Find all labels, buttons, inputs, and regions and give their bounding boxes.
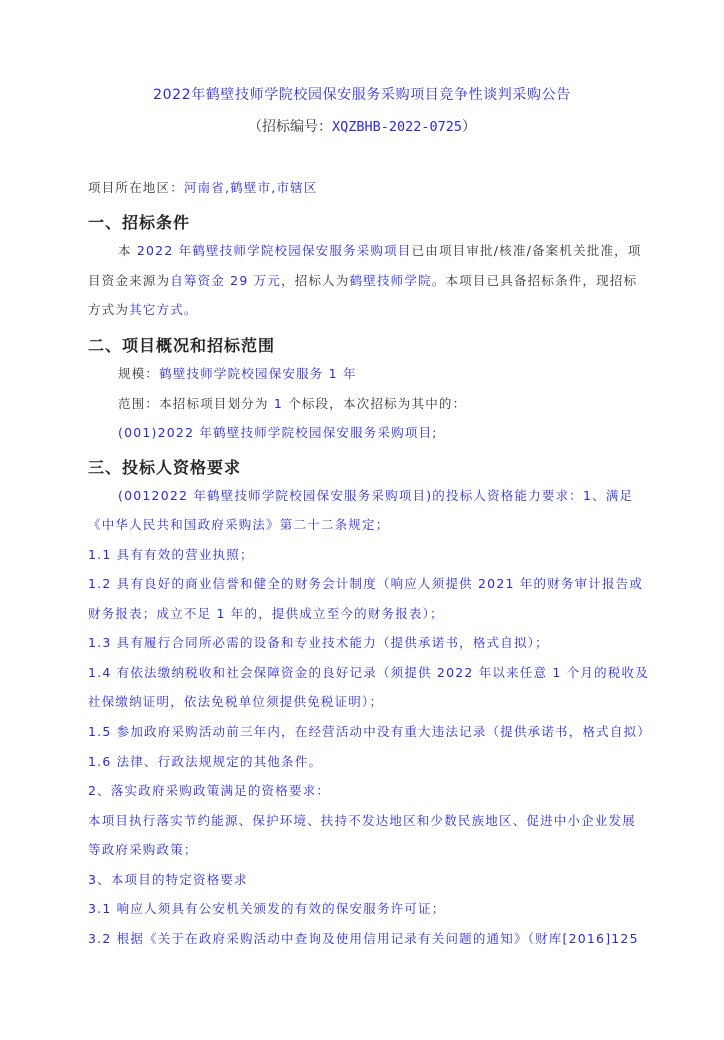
requirement-line: 1.6 法律、行政法规规定的其他条件。 xyxy=(88,754,322,770)
document-title: 2022年鹤壁技师学院校园保安服务采购项目竞争性谈判采购公告 xyxy=(0,84,724,104)
requirement-line: 1.5 参加政府采购活动前三年内，在经营活动中没有重大违法记录（提供承诺书，格式… xyxy=(88,724,651,740)
scale-value: 鹤壁技师学院校园保安服务 1 年 xyxy=(159,366,357,381)
section-1-line-3: 方式为其它方式。 xyxy=(88,302,198,318)
location-value: 河南省,鹤壁市,市辖区 xyxy=(184,180,318,195)
lot-line: (001)2022 年鹤壁技师学院校园保安服务采购项目; xyxy=(118,425,438,441)
requirement-line: 财务报表；成立不足 1 年的，提供成立至今的财务报表）； xyxy=(88,606,444,622)
text-fragment: 已由项目审批/核准/备案机关批准，项 xyxy=(412,243,642,258)
text-fragment: 。本项目已具备招标条件，现招标 xyxy=(432,273,638,288)
lot-count: 1 xyxy=(274,396,283,411)
requirement-line: (0012022 年鹤壁技师学院校园保安服务采购项目)的投标人资格能力要求：1、… xyxy=(118,488,633,504)
requirement-line: 《中华人民共和国政府采购法》第二十二条规定； xyxy=(88,517,389,533)
requirement-line: 3.2 根据《关于在政府采购活动中查询及使用信用记录有关问题的通知》（财库[20… xyxy=(88,931,639,947)
location-label: 项目所在地区： xyxy=(88,180,184,195)
text-fragment: 个标段，本次招标为其中的： xyxy=(283,396,466,411)
requirement-line: 1.3 具有履行合同所必需的设备和专业技术能力（提供承诺书，格式自拟）； xyxy=(88,635,549,651)
section-3-heading: 三、投标人资格要求 xyxy=(88,455,241,478)
tender-method: 其它方式 xyxy=(129,302,184,317)
subtitle-prefix: （招标编号： xyxy=(248,119,332,135)
requirement-line: 等政府采购政策； xyxy=(88,842,198,858)
document-subtitle: （招标编号：XQZBHB-2022-0725） xyxy=(0,116,724,136)
project-location: 项目所在地区：河南省,鹤壁市,市辖区 xyxy=(88,180,318,196)
bid-number: XQZBHB-2022-0725 xyxy=(332,119,462,135)
section-2-heading: 二、项目概况和招标范围 xyxy=(88,333,275,356)
requirement-line: 社保缴纳证明，依法免税单位须提供免税证明）； xyxy=(88,694,383,710)
text-fragment: 范围：本招标项目划分为 xyxy=(118,396,274,411)
scale-label: 规模： xyxy=(118,366,159,381)
requirement-line: 1.4 有依法缴纳税收和社会保障资金的良好记录（须提供 2022 年以来任意 1… xyxy=(88,665,649,681)
text-fragment: 。 xyxy=(184,302,198,317)
requirement-line: 3.1 响应人须具有公安机关颁发的有效的保安服务许可证； xyxy=(88,901,445,917)
subtitle-suffix: ） xyxy=(462,119,476,135)
requirement-line: 本项目执行落实节约能源、保护环境、扶持不发达地区和少数民族地区、促进中小企业发展 xyxy=(88,813,636,829)
section-1-line-1: 本 2022 年鹤壁技师学院校园保安服务采购项目已由项目审批/核准/备案机关批准… xyxy=(118,243,642,259)
text-fragment: ，招标人为 xyxy=(281,273,350,288)
text-fragment: 方式为 xyxy=(88,302,129,317)
section-1-heading: 一、招标条件 xyxy=(88,210,190,233)
requirement-line: 1.1 具有有效的营业执照； xyxy=(88,547,254,563)
requirement-line: 2、落实政府采购政策满足的资格要求： xyxy=(88,783,330,799)
requirement-line: 3、本项目的特定资格要求 xyxy=(88,872,248,888)
funding-source: 自筹资金 29 万元 xyxy=(170,273,281,288)
text-fragment: 本 xyxy=(118,243,137,258)
project-name: 2022 年鹤壁技师学院校园保安服务采购项目 xyxy=(137,243,412,258)
scale-line: 规模：鹤壁技师学院校园保安服务 1 年 xyxy=(118,366,357,382)
text-fragment: 目资金来源为 xyxy=(88,273,170,288)
tenderer: 鹤壁技师学院 xyxy=(350,273,432,288)
scope-line: 范围：本招标项目划分为 1 个标段，本次招标为其中的： xyxy=(118,396,466,412)
section-1-line-2: 目资金来源为自筹资金 29 万元，招标人为鹤壁技师学院。本项目已具备招标条件，现… xyxy=(88,273,637,289)
requirement-line: 1.2 具有良好的商业信誉和健全的财务会计制度（响应人须提供 2021 年的财务… xyxy=(88,576,643,592)
